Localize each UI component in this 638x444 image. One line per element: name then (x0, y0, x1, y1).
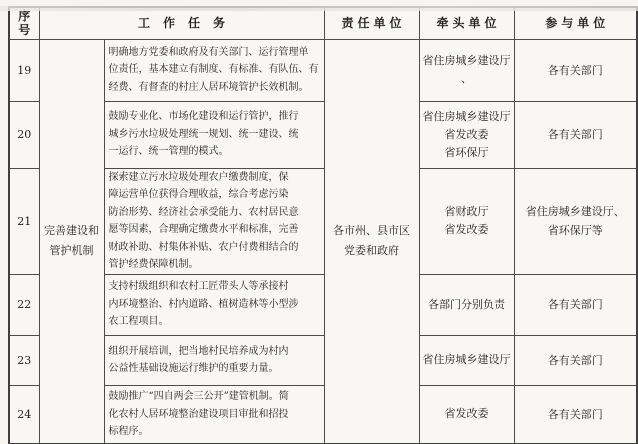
participating-unit-cell: 各有关部门 (514, 385, 637, 444)
table-row-19: 19 完善建设和 管护机制 明确地方党委和政府及有关部门、运行管理单 位责任，基… (9, 39, 637, 101)
participating-unit-cell: 各有关部门 (514, 274, 637, 335)
serial-cell: 22 (9, 274, 39, 335)
task-cell: 探索建立污水垃圾处理农户缴费制度，保 障运营单位获得合理收益，综合考虑污染 防治… (104, 168, 324, 274)
table-row-20: 20 鼓励专业化、市场化建设和运行管护，推行 城乡污水垃圾处理统一规划、统一建设… (9, 101, 637, 168)
task-cell: 明确地方党委和政府及有关部门、运行管理单 位责任，基本建立有制度、有标准、有队伍… (104, 39, 324, 101)
task-cell: 鼓励推广“四自两会三公开”建管机制。简 化农村人居环境整治建设项目审批和招投 标… (104, 385, 324, 444)
participating-unit-cell: 各有关部门 (514, 335, 637, 385)
header-responsible-unit: 责任单位 (324, 7, 419, 39)
table-row-21: 21 探索建立污水垃圾处理农户缴费制度，保 障运营单位获得合理收益，综合考虑污染… (9, 168, 637, 274)
lead-unit-cell: 省财政厅 省发改委 (419, 168, 514, 274)
table-header-row: 序号 工作任务 责任单位 牵头单位 参与单位 (9, 7, 637, 39)
category-cell: 完善建设和 管护机制 (39, 39, 104, 444)
work-tasks-table: 序号 工作任务 责任单位 牵头单位 参与单位 19 完善建设和 管护机制 明确地… (8, 6, 638, 444)
lead-unit-cell: 各部门分别负责 (419, 274, 514, 335)
task-cell: 鼓励专业化、市场化建设和运行管护，推行 城乡污水垃圾处理统一规划、统一建设、统 … (104, 101, 324, 168)
task-cell: 组织开展培训，把当地村民培养成为村内 公益性基础设施运行维护的重要力量。 (104, 335, 324, 385)
responsible-unit-cell: 各市州、县市区 党委和政府 (324, 39, 419, 444)
lead-unit-cell: 省发改委 (419, 385, 514, 444)
header-serial-number: 序号 (9, 7, 39, 39)
participating-unit-cell: 各有关部门 (514, 101, 637, 168)
lead-unit-cell: 省住房城乡建设厅 、 (419, 39, 514, 101)
lead-unit-cell: 省住房城乡建设厅 (419, 335, 514, 385)
serial-cell: 19 (9, 39, 39, 101)
header-work-tasks: 工作任务 (39, 7, 324, 39)
header-participating-unit: 参与单位 (514, 7, 637, 39)
participating-unit-cell: 各有关部门 (514, 39, 637, 101)
scanned-document-page: 序号 工作任务 责任单位 牵头单位 参与单位 19 完善建设和 管护机制 明确地… (0, 6, 638, 444)
serial-cell: 24 (9, 385, 39, 444)
task-cell: 支持村级组织和农村工匠带头人等承接村 内环境整治、村内道路、植树造林等小型涉 农… (104, 274, 324, 335)
serial-cell: 21 (9, 168, 39, 274)
serial-cell: 20 (9, 101, 39, 168)
scan-artifact-streak (0, 6, 638, 11)
table-row-22: 22 支持村级组织和农村工匠带头人等承接村 内环境整治、村内道路、植树造林等小型… (9, 274, 637, 335)
header-lead-unit: 牵头单位 (419, 7, 514, 39)
lead-unit-cell: 省住房城乡建设厅 省发改委 省环保厅 (419, 101, 514, 168)
serial-cell: 23 (9, 335, 39, 385)
table-row-24: 24 鼓励推广“四自两会三公开”建管机制。简 化农村人居环境整治建设项目审批和招… (9, 385, 637, 444)
table-row-23: 23 组织开展培训，把当地村民培养成为村内 公益性基础设施运行维护的重要力量。 … (9, 335, 637, 385)
participating-unit-cell: 省住房城乡建设厅、 省环保厅等 (514, 168, 637, 274)
